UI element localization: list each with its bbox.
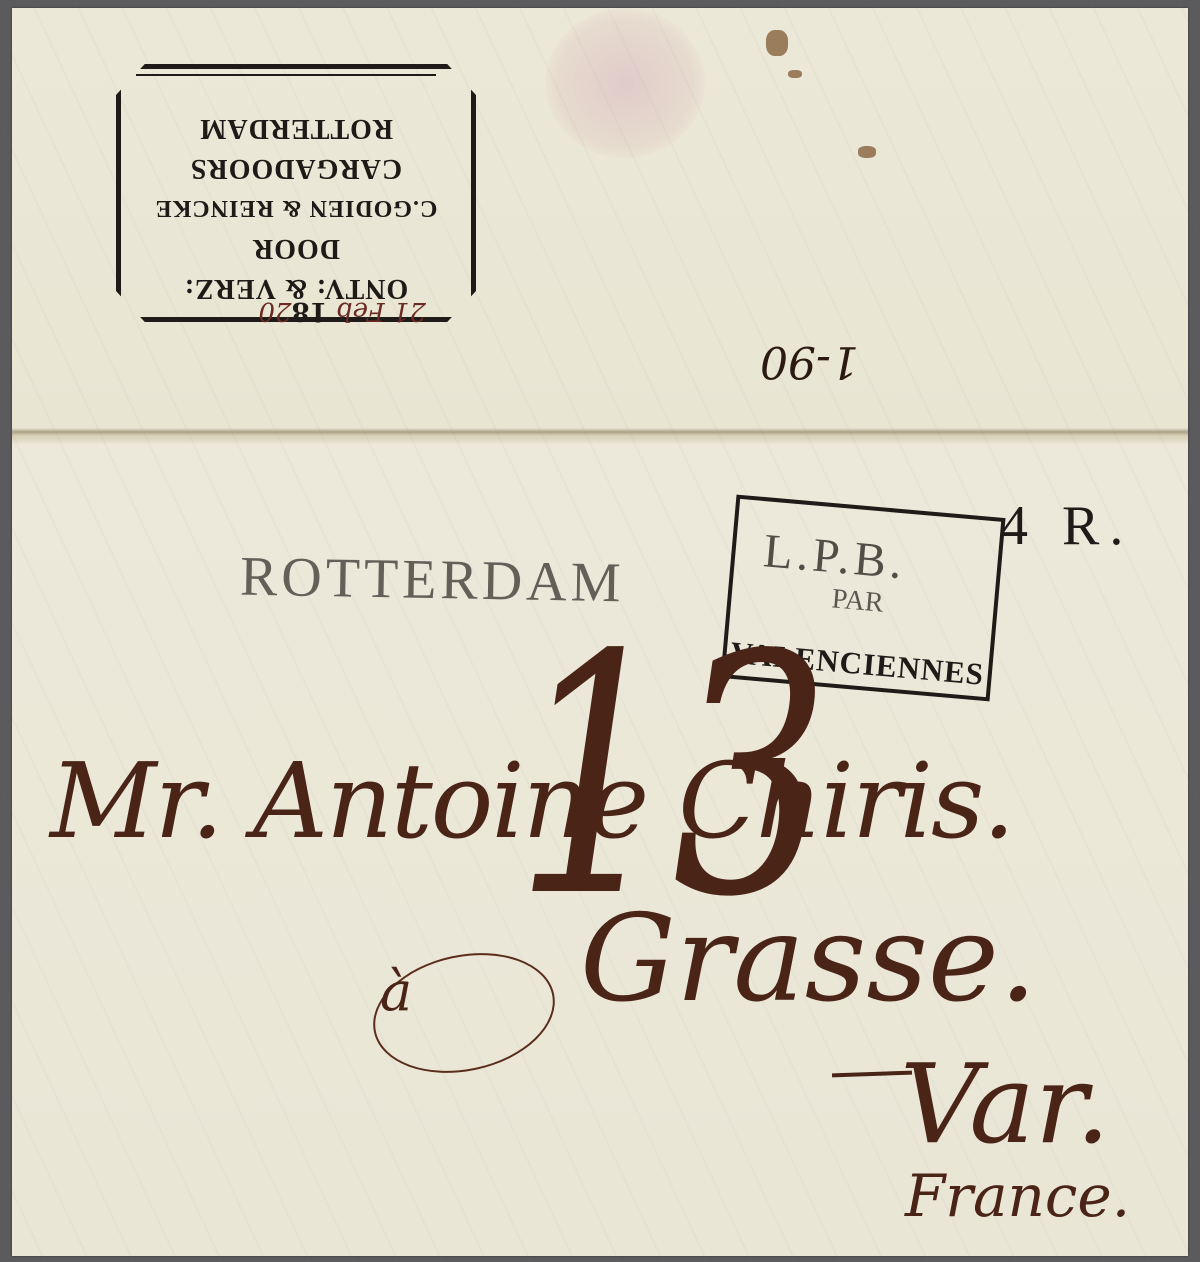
address-department: Var. [900, 1040, 1110, 1168]
date-day-month: 21 Feb [336, 296, 426, 326]
docket-note: 1-90 [760, 336, 859, 387]
addressee-name: Mr. Antoine Chiris. [50, 740, 1013, 862]
address-prefix: à [380, 960, 412, 1023]
address-city: Grasse. [580, 890, 1037, 1029]
cargadoors-cachet: ONTV: & VERZ: DOOR C.GODIEN & REINCKE CA… [116, 64, 476, 322]
wax-fragment [766, 30, 788, 56]
wax-seal-stain [545, 8, 705, 158]
date-year-suffix: 20 [258, 296, 291, 326]
date-year-prefix: 18 [292, 296, 328, 326]
cachet-date: 21 Feb 1820 [258, 296, 426, 326]
rate-mark: 4 R. [1000, 494, 1133, 558]
wax-fragment [788, 70, 802, 78]
cachet-line: C.GODIEN & REINCKE [116, 188, 476, 228]
address-country: France. [905, 1162, 1130, 1230]
cachet-line: CARGADOORS [116, 148, 476, 188]
wax-fragment [858, 146, 876, 158]
entry-stamp-par: PAR [830, 583, 884, 619]
entry-stamp-top: L.P.B. [761, 523, 908, 590]
fold-line [12, 428, 1188, 436]
cachet-line: DOOR [116, 228, 476, 268]
cachet-line: ROTTERDAM [116, 108, 476, 148]
